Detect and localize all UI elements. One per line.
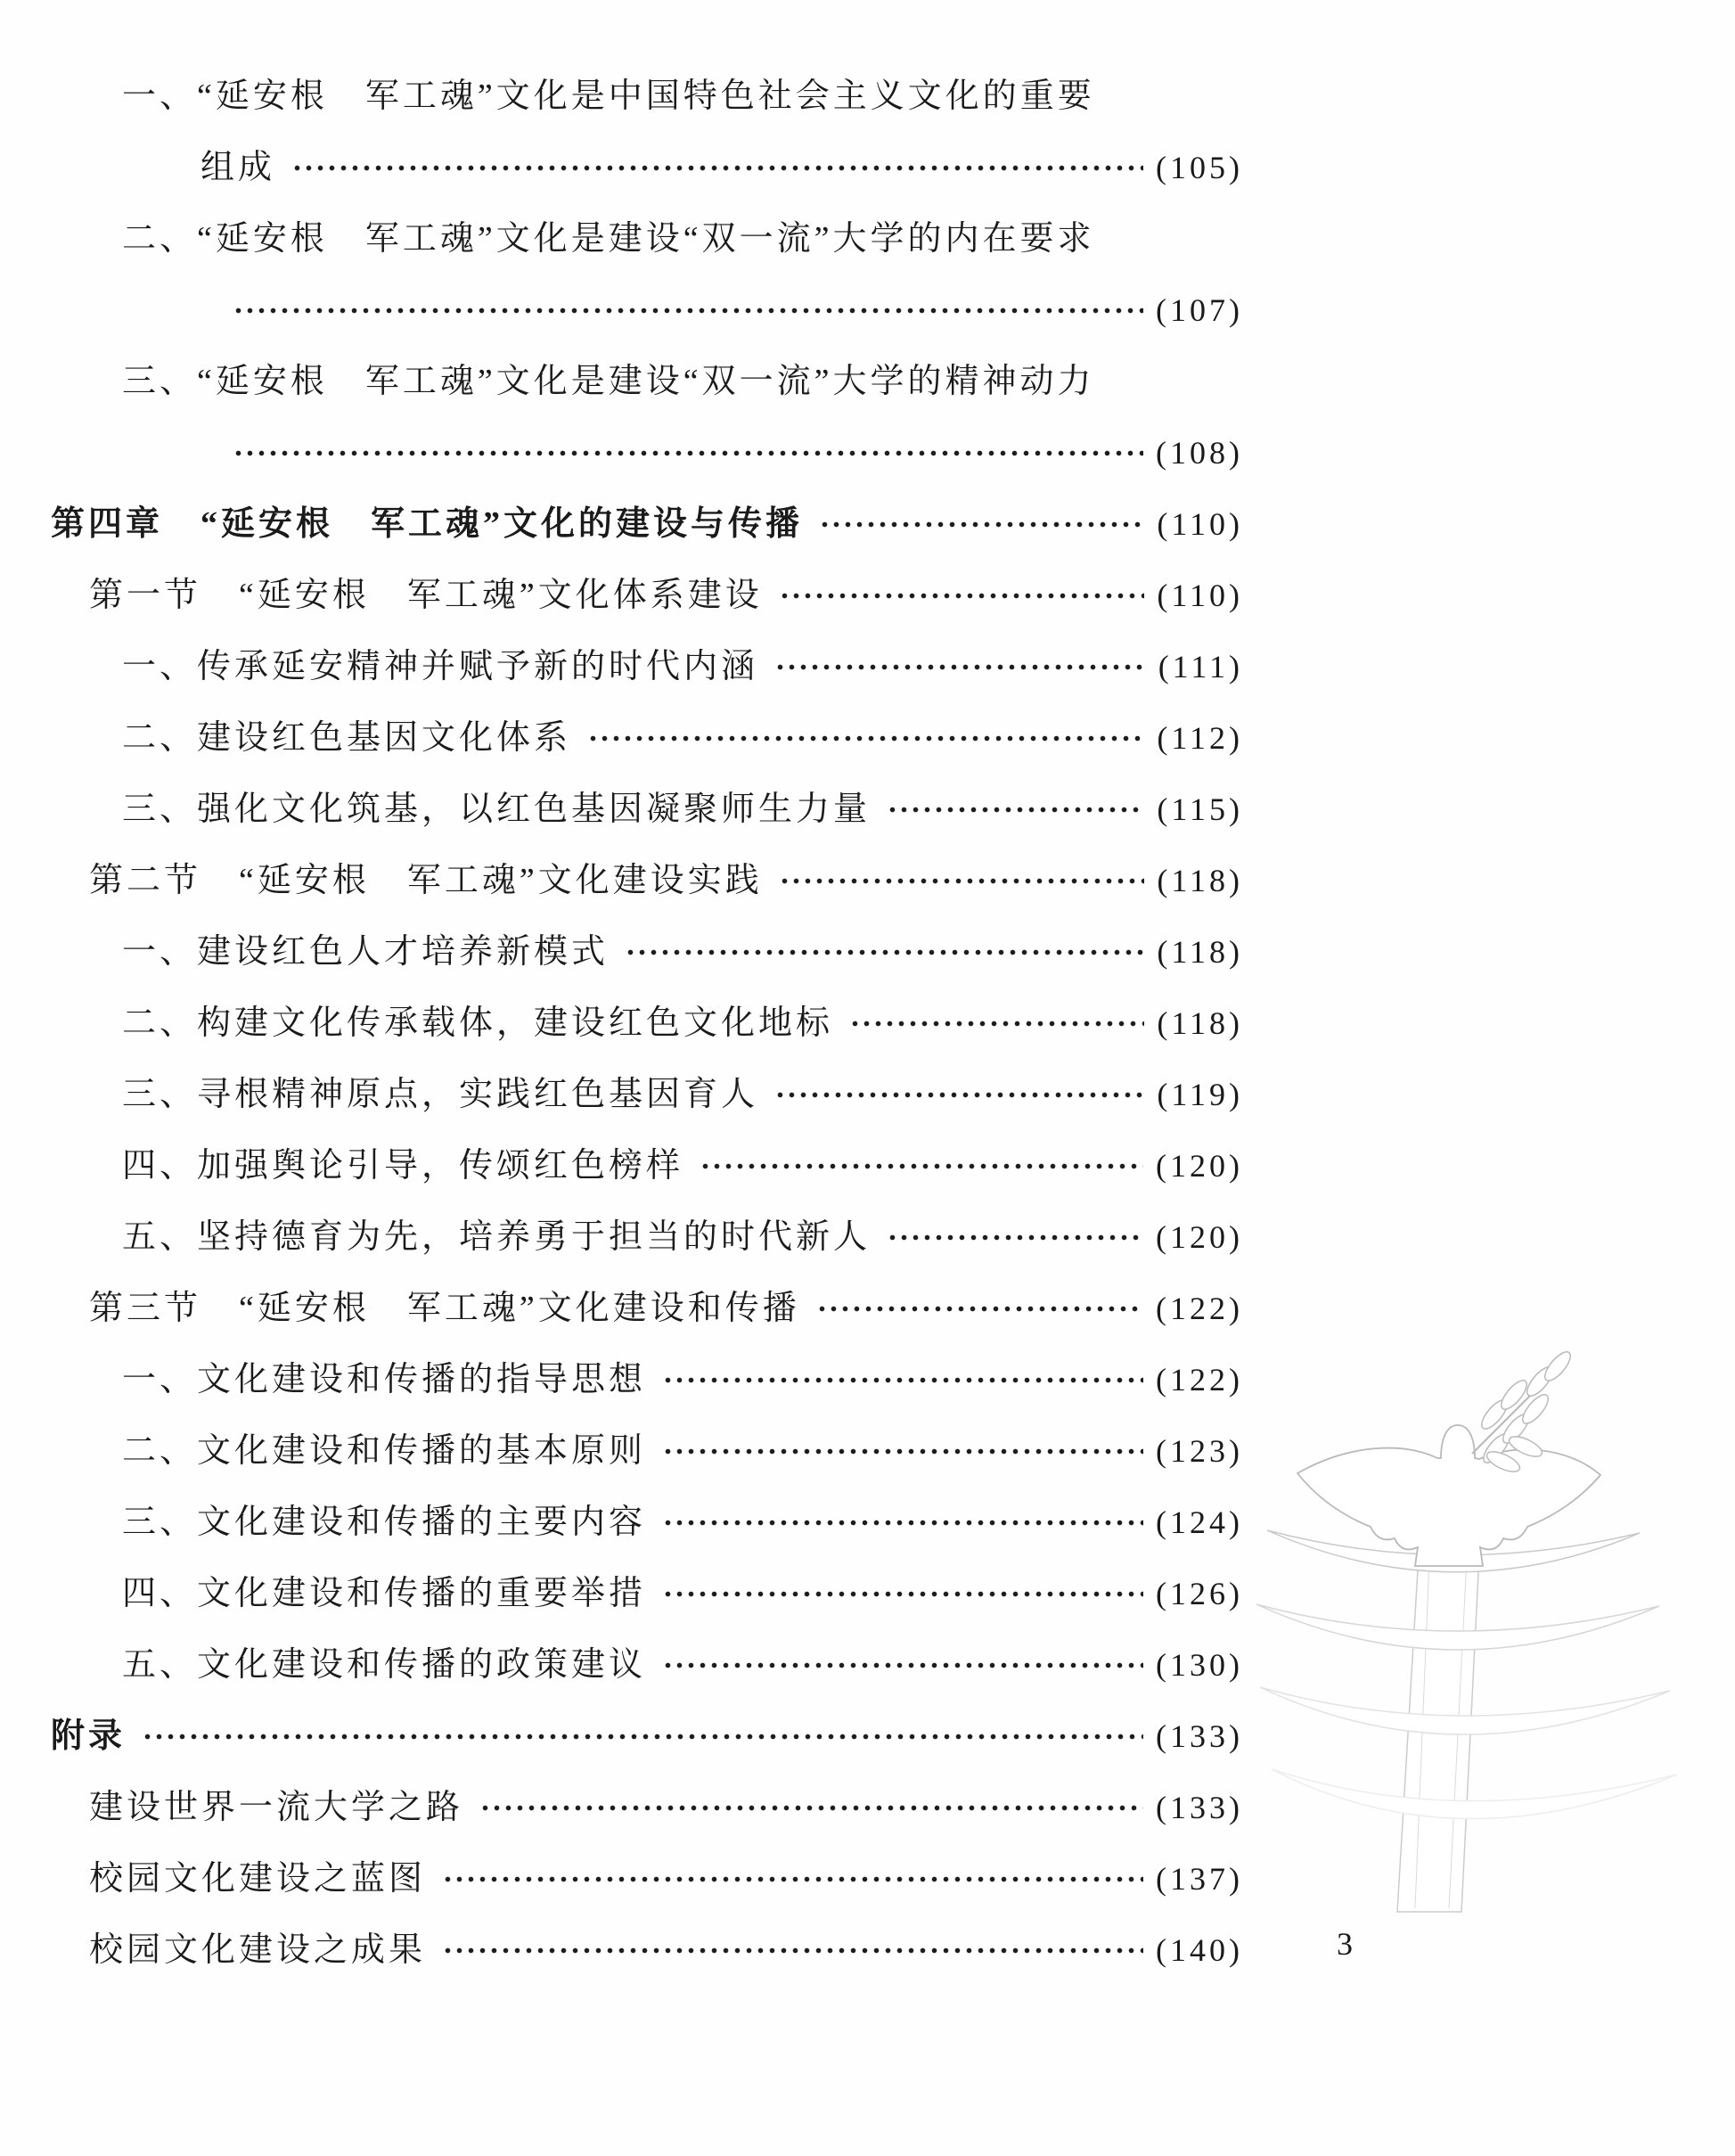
dot-leader	[888, 1234, 1143, 1242]
toc-entry: (108)	[0, 430, 1243, 475]
toc-entry-text: 第一节 “延安根 军工魂”文化体系建设	[89, 573, 763, 618]
toc-entry: 第三节 “延安根 军工魂”文化建设和传播(122)	[0, 1286, 1243, 1331]
toc-entry-text: 一、文化建设和传播的指导思想	[122, 1357, 646, 1402]
toc-entry-page: (112)	[1157, 716, 1243, 760]
dot-leader	[664, 1661, 1143, 1669]
toc-entry-text: 校园文化建设之蓝图	[89, 1857, 426, 1901]
dot-leader	[776, 663, 1146, 671]
toc-entry: 三、强化文化筑基，以红色基因凝聚师生力量(115)	[0, 787, 1243, 832]
dot-leader	[444, 1947, 1143, 1955]
dot-leader	[818, 1305, 1143, 1313]
toc-entry: 四、加强舆论引导，传颂红色榜样(120)	[0, 1144, 1243, 1188]
toc-entry-text: 三、寻根精神原点，实践红色基因育人	[122, 1072, 758, 1117]
toc-entry: 第四章 “延安根 军工魂”文化的建设与传播(110)	[0, 502, 1243, 546]
toc-entry-page: (111)	[1158, 644, 1243, 689]
toc-entry-text: 五、文化建设和传播的政策建议	[122, 1643, 646, 1687]
toc-entry-page: (110)	[1157, 573, 1243, 618]
dot-leader	[701, 1162, 1143, 1170]
dot-leader	[851, 1020, 1144, 1028]
toc-entry-text: 第三节 “延安根 军工魂”文化建设和传播	[89, 1286, 800, 1331]
toc-entry-page: (108)	[1156, 430, 1243, 475]
toc-entry-page: (122)	[1156, 1357, 1243, 1402]
toc-entry: (107)	[0, 288, 1243, 332]
toc-entry: 四、文化建设和传播的重要举措(126)	[0, 1571, 1243, 1616]
toc-entry: 一、传承延安精神并赋予新的时代内涵(111)	[0, 644, 1243, 689]
toc-entry-text: 二、建设红色基因文化体系	[122, 716, 571, 760]
toc-entry-text: 二、构建文化传承载体，建设红色文化地标	[122, 1001, 833, 1045]
dot-leader	[626, 948, 1144, 956]
toc-entry-page: (118)	[1157, 1001, 1243, 1045]
dot-leader	[293, 164, 1143, 172]
toc-entry: 三、寻根精神原点，实践红色基因育人(119)	[0, 1072, 1243, 1117]
toc-entry: 二、“延安根 军工魂”文化是建设“双一流”大学的内在要求	[0, 217, 1243, 261]
toc-entry-text: 四、文化建设和传播的重要举措	[122, 1571, 646, 1616]
toc-entry: 二、构建文化传承载体，建设红色文化地标(118)	[0, 1001, 1243, 1045]
toc-entry-text: 四、加强舆论引导，传颂红色榜样	[122, 1144, 683, 1188]
dot-leader	[481, 1804, 1143, 1812]
toc-entry-text: 第二节 “延安根 军工魂”文化建设实践	[89, 858, 763, 903]
toc-entry-page: (123)	[1156, 1429, 1243, 1473]
toc-entry-page: (110)	[1157, 502, 1243, 546]
toc-entry-text: 五、坚持德育为先，培养勇于担当的时代新人	[122, 1215, 871, 1259]
toc-entry-page: (119)	[1157, 1072, 1243, 1117]
toc-entry-page: (126)	[1156, 1571, 1243, 1616]
toc-entry-page: (118)	[1157, 930, 1243, 974]
toc-entry: 五、坚持德育为先，培养勇于担当的时代新人(120)	[0, 1215, 1243, 1259]
toc-entry-text: 第四章 “延安根 军工魂”文化的建设与传播	[51, 502, 803, 546]
toc-entry-page: (140)	[1156, 1928, 1243, 1972]
dot-leader	[664, 1376, 1143, 1384]
toc-entry-page: (124)	[1156, 1500, 1243, 1545]
toc-entry-text: 二、“延安根 军工魂”文化是建设“双一流”大学的内在要求	[122, 217, 1094, 261]
toc-entry: 第二节 “延安根 军工魂”文化建设实践(118)	[0, 858, 1243, 903]
toc-entry: 组成(105)	[0, 145, 1243, 190]
toc-entry: 五、文化建设和传播的政策建议(130)	[0, 1643, 1243, 1687]
toc-entry-text: 二、文化建设和传播的基本原则	[122, 1429, 646, 1473]
toc-entry-text: 一、“延安根 军工魂”文化是中国特色社会主义文化的重要	[122, 74, 1095, 119]
toc-entry-page: (120)	[1156, 1215, 1243, 1259]
dot-leader	[821, 521, 1144, 529]
toc-entry-text: 一、传承延安精神并赋予新的时代内涵	[122, 644, 758, 689]
toc-entry: 二、文化建设和传播的基本原则(123)	[0, 1429, 1243, 1473]
page-number: 3	[1337, 1925, 1353, 1963]
toc-entry: 校园文化建设之蓝图(137)	[0, 1857, 1243, 1901]
toc-entry-text: 附录	[51, 1714, 126, 1758]
toc-entry-page: (133)	[1156, 1714, 1243, 1758]
dot-leader	[664, 1590, 1143, 1598]
toc-entry: 附录(133)	[0, 1714, 1243, 1758]
toc-entry-page: (130)	[1156, 1643, 1243, 1687]
scanned-toc-page: 一、“延安根 军工魂”文化是中国特色社会主义文化的重要组成(105)二、“延安根…	[0, 0, 1735, 2156]
toc-entry-text: 一、建设红色人才培养新模式	[122, 930, 609, 974]
toc-entry-page: (105)	[1156, 145, 1243, 190]
toc-entry: 一、“延安根 军工魂”文化是中国特色社会主义文化的重要	[0, 74, 1243, 119]
dot-leader	[234, 449, 1143, 457]
toc-entry: 三、“延安根 军工魂”文化是建设“双一流”大学的精神动力	[0, 359, 1243, 404]
dot-leader	[781, 877, 1145, 885]
toc-entry: 一、文化建设和传播的指导思想(122)	[0, 1357, 1243, 1402]
dot-leader	[664, 1447, 1143, 1455]
toc-entry-page: (107)	[1156, 288, 1243, 332]
dot-leader	[664, 1519, 1143, 1527]
dot-leader	[888, 806, 1144, 814]
toc-entry: 校园文化建设之成果(140)	[0, 1928, 1243, 1972]
toc-entry-text: 组成	[201, 145, 275, 190]
toc-entry: 建设世界一流大学之路(133)	[0, 1785, 1243, 1830]
dot-leader	[781, 592, 1145, 600]
dot-leader	[143, 1733, 1143, 1741]
toc-entry-page: (118)	[1157, 858, 1243, 903]
dot-leader	[234, 307, 1143, 315]
toc-entry-page: (120)	[1156, 1144, 1243, 1188]
toc-entry-text: 三、文化建设和传播的主要内容	[122, 1500, 646, 1545]
toc-entry: 第一节 “延安根 军工魂”文化体系建设(110)	[0, 573, 1243, 618]
toc-entry-page: (137)	[1156, 1857, 1243, 1901]
dot-leader	[589, 734, 1144, 742]
toc-entry-text: 三、“延安根 军工魂”文化是建设“双一流”大学的精神动力	[122, 359, 1094, 404]
toc-entry: 二、建设红色基因文化体系(112)	[0, 716, 1243, 760]
dot-leader	[444, 1875, 1143, 1883]
toc-entry-page: (122)	[1156, 1286, 1243, 1331]
toc-entry: 三、文化建设和传播的主要内容(124)	[0, 1500, 1243, 1545]
toc-entry-text: 校园文化建设之成果	[89, 1928, 426, 1972]
dot-leader	[776, 1091, 1144, 1099]
toc-list: 一、“延安根 军工魂”文化是中国特色社会主义文化的重要组成(105)二、“延安根…	[0, 74, 1735, 1999]
toc-entry-text: 建设世界一流大学之路	[89, 1785, 463, 1830]
toc-entry-text: 三、强化文化筑基，以红色基因凝聚师生力量	[122, 787, 871, 832]
toc-entry-page: (115)	[1157, 787, 1243, 832]
toc-entry-page: (133)	[1156, 1785, 1243, 1830]
toc-entry: 一、建设红色人才培养新模式(118)	[0, 930, 1243, 974]
